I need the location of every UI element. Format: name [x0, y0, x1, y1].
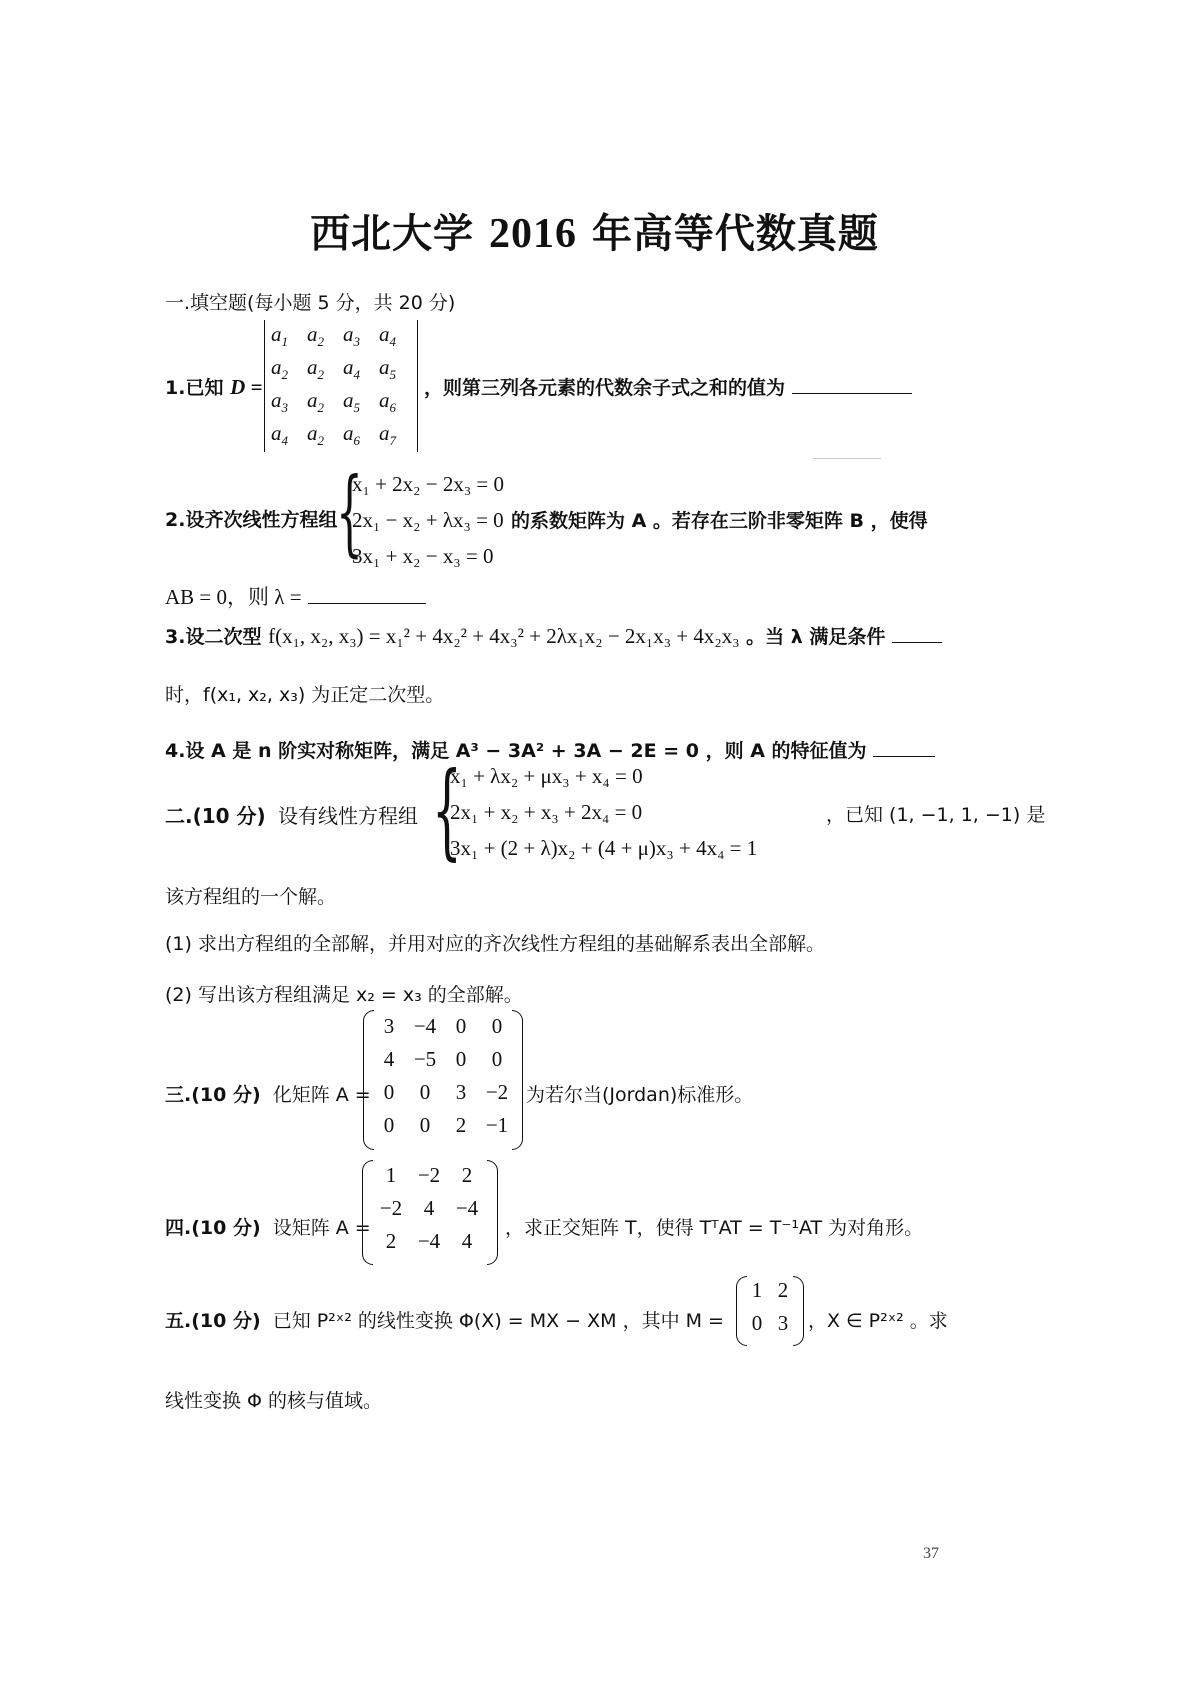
q2-label: 2.设齐次线性方程组: [165, 505, 337, 532]
matrix-cell: 0: [407, 1080, 443, 1113]
section4-label: 四.(10 分): [165, 1217, 261, 1239]
q1-text: ，则第三列各元素的代数余子式之和的值为: [424, 373, 912, 400]
matrix-cell: a2: [271, 355, 307, 388]
q3-answer-blank: [892, 624, 942, 643]
q2-condition: AB = 0，则 λ =: [165, 585, 302, 609]
matrix-cell: 3: [443, 1080, 479, 1113]
section2-intro: 设有线性方程组: [278, 804, 418, 828]
q1-answer-blank: [792, 375, 912, 394]
section3-text: 为若尔当(Jordan)标准形。: [526, 1080, 753, 1107]
section4-text: ，求正交矩阵 T，使得 TᵀAT = T⁻¹AT 为对角形。: [505, 1213, 923, 1240]
section5-line2: 线性变换 Φ 的核与值域。: [165, 1386, 382, 1413]
matrix-cell: −4: [410, 1229, 448, 1262]
matrix-cell: a6: [343, 421, 379, 454]
matrix-cell: 0: [479, 1014, 515, 1047]
matrix-grid: 1203: [744, 1278, 796, 1344]
matrix-cell: a2: [307, 421, 343, 454]
matrix-cell: −2: [372, 1196, 410, 1229]
section4-intro: 设矩阵 A =: [273, 1217, 371, 1239]
matrix-cell: −2: [410, 1163, 448, 1196]
matrix-grid: 3−4004−500003−2002−1: [371, 1014, 515, 1146]
section2-equation-system: x₁ + λx₂ + μx₃ + x₄ = 0 2x₁ + x₂ + x₃ + …: [450, 758, 757, 866]
matrix-cell: 0: [479, 1047, 515, 1080]
section4-matrix: 1−22−24−42−44: [362, 1160, 498, 1265]
title-subject: 年高等代数真题: [592, 211, 879, 257]
section3-intro: 化矩阵 A =: [273, 1084, 371, 1106]
page-number: 37: [923, 1545, 939, 1563]
matrix-cell: a2: [307, 388, 343, 421]
matrix-cell: 2: [448, 1163, 486, 1196]
title-school: 西北大学: [310, 211, 474, 257]
matrix-cell: 0: [443, 1047, 479, 1080]
q3-line2: 时，f(x₁, x₂, x₃) 为正定二次型。: [165, 680, 444, 707]
matrix-cell: a5: [343, 388, 379, 421]
q2-text: 的系数矩阵为 A 。若存在三阶非零矩阵 B ，使得: [511, 506, 928, 533]
section2-label: 二.(10 分): [165, 804, 266, 828]
matrix-cell: 0: [407, 1113, 443, 1146]
section2-equation-3: 3x₁ + (2 + λ)x₂ + (4 + μ)x₃ + 4x₄ = 1: [450, 830, 757, 866]
matrix-cell: 0: [744, 1311, 770, 1344]
section4-label-line: 四.(10 分) 设矩阵 A =: [165, 1213, 371, 1240]
q4-answer-blank: [873, 738, 935, 757]
scan-artifact-line: [813, 458, 881, 459]
matrix-cell: 0: [371, 1080, 407, 1113]
matrix-cell: a4: [379, 322, 415, 355]
determinant-grid: a1a2a3a4a2a2a4a5a3a2a5a6a4a2a6a7: [265, 320, 417, 454]
section2-part2: (2) 写出该方程组满足 x₂ = x₃ 的全部解。: [165, 980, 523, 1007]
page-title: 西北大学 2016 年高等代数真题: [0, 202, 1189, 259]
section2-part1: (1) 求出方程组的全部解，并用对应的齐次线性方程组的基础解系表出全部解。: [165, 929, 825, 956]
matrix-cell: 2: [770, 1278, 796, 1311]
matrix-cell: 1: [744, 1278, 770, 1311]
q3-condition: 。当 λ 满足条件: [746, 626, 885, 648]
q2-equation-system: x₁ + 2x₂ − 2x₃ = 0 2x₁ − x₂ + λx₃ = 0 3x…: [352, 466, 504, 574]
matrix-cell: a1: [271, 322, 307, 355]
matrix-cell: a2: [307, 322, 343, 355]
section5-matrix: 1203: [736, 1276, 804, 1346]
section5-intro: 已知 P²ˣ² 的线性变换 Φ(X) = MX − XM ，其中 M =: [273, 1310, 724, 1332]
title-year: 2016: [489, 211, 577, 257]
matrix-cell: 4: [448, 1229, 486, 1262]
matrix-cell: −4: [407, 1014, 443, 1047]
matrix-cell: a3: [271, 388, 307, 421]
section5-text: ，X ∈ P²ˣ² 。求: [808, 1306, 948, 1333]
matrix-cell: 4: [371, 1047, 407, 1080]
matrix-cell: 0: [443, 1014, 479, 1047]
matrix-cell: a3: [343, 322, 379, 355]
q3-line1: 3.设二次型 f(x₁, x₂, x₃) = x₁² + 4x₂² + 4x₃²…: [165, 622, 942, 649]
section1-heading: 一.填空题(每小题 5 分，共 20 分): [165, 288, 455, 315]
matrix-grid: 1−22−24−42−44: [372, 1163, 486, 1262]
matrix-cell: a4: [271, 421, 307, 454]
matrix-cell: −5: [407, 1047, 443, 1080]
matrix-cell: 1: [372, 1163, 410, 1196]
q1-question: ，则第三列各元素的代数余子式之和的值为: [424, 377, 785, 399]
section5-label: 五.(10 分): [165, 1310, 261, 1332]
q1-determinant: a1a2a3a4a2a2a4a5a3a2a5a6a4a2a6a7: [264, 320, 418, 452]
matrix-cell: 0: [371, 1113, 407, 1146]
q2-equation-3: 3x₁ + x₂ − x₃ = 0: [352, 538, 504, 574]
q3-formula: f(x₁, x₂, x₃) = x₁² + 4x₂² + 4x₃² + 2λx₁…: [268, 624, 739, 648]
section2-label-line: 二.(10 分) 设有线性方程组: [165, 800, 418, 829]
matrix-cell: −2: [479, 1080, 515, 1113]
q2-equation-1: x₁ + 2x₂ − 2x₃ = 0: [352, 466, 504, 502]
section3-label-line: 三.(10 分) 化矩阵 A =: [165, 1080, 371, 1107]
matrix-cell: a2: [307, 355, 343, 388]
right-paren: [487, 1160, 498, 1265]
q2-answer-blank: [308, 585, 426, 604]
q2-equation-2: 2x₁ − x₂ + λx₃ = 0: [352, 502, 504, 538]
matrix-cell: a6: [379, 388, 415, 421]
q1-variable: D =: [230, 375, 262, 399]
section2-known: ，已知 (1, −1, 1, −1) 是: [826, 800, 1045, 827]
matrix-cell: 3: [371, 1014, 407, 1047]
matrix-cell: a4: [343, 355, 379, 388]
matrix-cell: a7: [379, 421, 415, 454]
section5-label-line: 五.(10 分) 已知 P²ˣ² 的线性变换 Φ(X) = MX − XM ，其…: [165, 1306, 724, 1333]
q1-label-text: 1.已知: [165, 377, 223, 399]
section2-equation-2: 2x₁ + x₂ + x₃ + 2x₄ = 0: [450, 794, 757, 830]
matrix-cell: 2: [443, 1113, 479, 1146]
q2-line2: AB = 0，则 λ =: [165, 581, 426, 611]
matrix-cell: 3: [770, 1311, 796, 1344]
section2-line2: 该方程组的一个解。: [165, 882, 336, 909]
matrix-cell: 2: [372, 1229, 410, 1262]
q1-label: 1.已知 D =: [165, 373, 262, 400]
matrix-cell: 4: [410, 1196, 448, 1229]
section3-label: 三.(10 分): [165, 1084, 261, 1106]
section3-matrix: 3−4004−500003−2002−1: [363, 1010, 523, 1150]
section2-equation-1: x₁ + λx₂ + μx₃ + x₄ = 0: [450, 758, 757, 794]
matrix-cell: a5: [379, 355, 415, 388]
matrix-cell: −4: [448, 1196, 486, 1229]
matrix-cell: −1: [479, 1113, 515, 1146]
q3-label: 3.设二次型: [165, 626, 261, 648]
